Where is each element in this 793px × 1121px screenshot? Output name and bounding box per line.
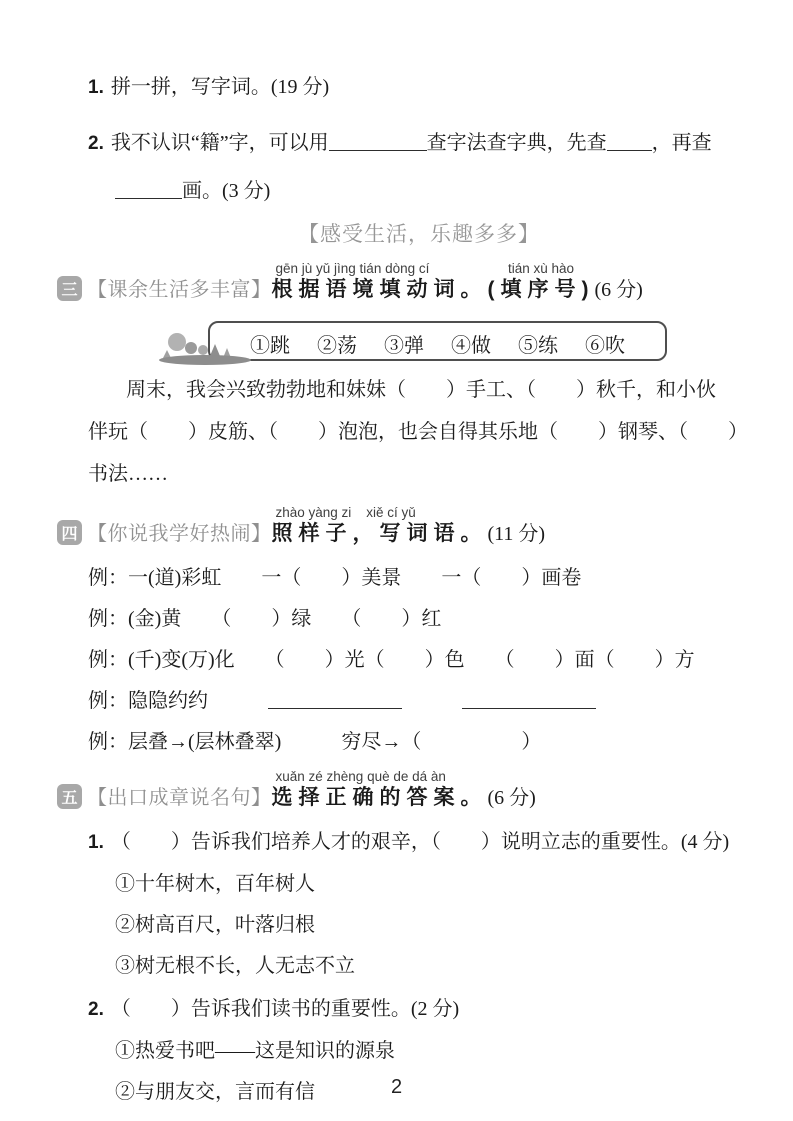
section5-title-stack: xuǎn zé zhèng què de dá àn 选择正确的答案。 bbox=[272, 769, 488, 812]
section4-header: 四 【你说我学好热闹】 zhào yàng zi xiě cí yǔ 照样子，写… bbox=[57, 505, 750, 548]
question-1-text: 拼一拼，写字词。(19 分) bbox=[111, 76, 329, 98]
question-2-number: 2. bbox=[88, 133, 104, 154]
section5-bracket-title: 【出口成章说名句】 bbox=[87, 781, 272, 812]
word-bank-box: ①跳 ②荡 ③弹 ④做 ⑤练 ⑥吹 bbox=[208, 321, 667, 361]
question-2-text-3: ，再查 bbox=[652, 132, 712, 154]
paragraph-line: 周末，我会兴致勃勃地和妹妹（ ）手工、（ ）秋千，和小伙 bbox=[88, 377, 750, 403]
section3-badge: 三 bbox=[57, 276, 82, 301]
word-bank-item: ①跳 bbox=[250, 329, 290, 353]
sub-question-2-text: （ ）告诉我们读书的重要性。(2 分) bbox=[111, 998, 459, 1020]
option-row: ①十年树木，百年树人 bbox=[88, 871, 750, 897]
sub-question-1-text: （ ）告诉我们培养人才的艰辛，（ ）说明立志的重要性。(4 分) bbox=[111, 831, 729, 853]
option-row: ③树无根不长，人无志不立 bbox=[88, 953, 750, 979]
sub-question-2-number: 2. bbox=[88, 999, 104, 1020]
word-bank-item: ③弹 bbox=[384, 329, 424, 353]
example-row-text: 例：隐隐约约 bbox=[88, 690, 208, 712]
example-row: 例：层叠→(层林叠翠) 穷尽→（ ） bbox=[88, 729, 750, 755]
example-row: 例：一(道)彩虹 一（ ）美景 一（ ）画卷 bbox=[88, 565, 750, 591]
sub-question-1: 1.（ ）告诉我们培养人才的艰辛，（ ）说明立志的重要性。(4 分) bbox=[88, 829, 750, 856]
section3-score: (6 分) bbox=[595, 276, 643, 304]
example-row: 例：(千)变(万)化 （ ）光（ ）色 （ ）面（ ）方 bbox=[88, 647, 750, 673]
paragraph-line: 伴玩（ ）皮筋、（ ）泡泡，也会自得其乐地（ ）钢琴、（ ） bbox=[88, 419, 750, 445]
section3-title-stack: gēn jù yǔ jìng tián dòng cí 根据语境填动词。 bbox=[272, 261, 488, 304]
question-2-text-2: 查字法查字典，先查 bbox=[427, 132, 607, 154]
section4-title-stack: zhào yàng zi xiě cí yǔ 照样子，写词语。 bbox=[272, 505, 488, 548]
question-2-line-2: 画。(3 分) bbox=[88, 178, 750, 204]
section3-paren-stack: tián xù hào (填序号) bbox=[488, 261, 595, 304]
fill-blank bbox=[115, 181, 182, 199]
section4-bracket-title: 【你说我学好热闹】 bbox=[87, 517, 272, 548]
section5-pinyin: xuǎn zé zhèng què de dá àn bbox=[272, 769, 446, 784]
fill-blank bbox=[268, 691, 402, 709]
section4-pinyin: zhào yàng zi xiě cí yǔ bbox=[272, 505, 416, 520]
sub-question-2: 2.（ ）告诉我们读书的重要性。(2 分) bbox=[88, 996, 750, 1023]
question-2: 2.我不认识“籍”字，可以用查字法查字典，先查，再查 bbox=[88, 130, 750, 157]
example-row: 例：(金)黄 （ ）绿 （ ）红 bbox=[88, 606, 750, 632]
section4-title: 照样子，写词语。 bbox=[272, 520, 488, 548]
option-row: ②树高百尺，叶落归根 bbox=[88, 912, 750, 938]
section3-pinyin-main: gēn jù yǔ jìng tián dòng cí bbox=[272, 261, 430, 276]
section3-header: 三 【课余生活多丰富】 gēn jù yǔ jìng tián dòng cí … bbox=[57, 261, 750, 304]
section3-pinyin-paren: tián xù hào bbox=[508, 261, 574, 276]
section5-header: 五 【出口成章说名句】 xuǎn zé zhèng què de dá àn 选… bbox=[57, 769, 750, 812]
sub-question-1-number: 1. bbox=[88, 832, 104, 853]
worksheet-page: 1.拼一拼，写字词。(19 分) 2.我不认识“籍”字，可以用查字法查字典，先查… bbox=[0, 0, 793, 1121]
section3-subtitle: (填序号) bbox=[488, 276, 595, 304]
word-bank-item: ⑥吹 bbox=[585, 329, 625, 353]
page-content: 1.拼一拼，写字词。(19 分) 2.我不认识“籍”字，可以用查字法查字典，先查… bbox=[88, 74, 750, 1105]
theme-banner: 【感受生活，乐趣多多】 bbox=[88, 218, 750, 248]
section4-badge: 四 bbox=[57, 520, 82, 545]
question-1: 1.拼一拼，写字词。(19 分) bbox=[88, 74, 750, 101]
fill-blank bbox=[607, 133, 652, 151]
page-number: 2 bbox=[0, 1076, 793, 1099]
section5-title: 选择正确的答案。 bbox=[272, 784, 488, 812]
section3-title: 根据语境填动词。 bbox=[272, 276, 488, 304]
question-2-text-1: 我不认识“籍”字，可以用 bbox=[111, 132, 329, 154]
word-bank-item: ⑤练 bbox=[518, 329, 558, 353]
example-row-with-blanks: 例：隐隐约约 bbox=[88, 688, 750, 714]
question-1-number: 1. bbox=[88, 77, 104, 98]
fill-blank bbox=[462, 691, 596, 709]
section3-bracket-title: 【课余生活多丰富】 bbox=[87, 273, 272, 304]
option-row: ①热爱书吧——这是知识的源泉 bbox=[88, 1038, 750, 1064]
word-bank-item: ④做 bbox=[451, 329, 491, 353]
section4-score: (11 分) bbox=[488, 520, 546, 548]
section5-score: (6 分) bbox=[488, 784, 536, 812]
section5-badge: 五 bbox=[57, 784, 82, 809]
plant-decoration-icon bbox=[155, 326, 255, 368]
paragraph-line: 书法…… bbox=[88, 461, 750, 487]
fill-blank bbox=[329, 133, 427, 151]
question-2-text-4: 画。(3 分) bbox=[182, 180, 270, 202]
word-bank-item: ②荡 bbox=[317, 329, 357, 353]
